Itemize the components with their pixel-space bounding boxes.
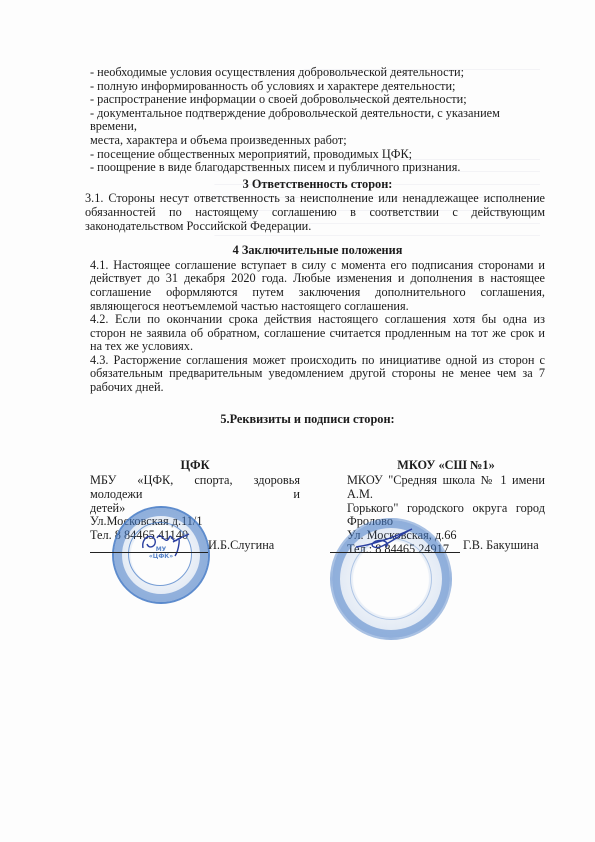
list-item: - посещение общественных мероприятий, пр… — [90, 148, 545, 162]
list-item: - документальное подтверждение доброволь… — [90, 107, 545, 134]
list-item: места, характера и объема произведенных … — [90, 134, 545, 148]
party-right-head: МКОУ «СШ №1» — [347, 459, 545, 473]
list-item: - необходимые условия осуществления добр… — [90, 66, 545, 80]
list-item: - полную информированность об условиях и… — [90, 80, 545, 94]
party-left-head: ЦФК — [90, 459, 300, 473]
party-left-name-line1: МБУ «ЦФК, спорта, здоровья молодежи и — [90, 474, 300, 502]
party-left-name-line2: детей» — [90, 502, 300, 516]
party-right-name-line2: Горького" городского округа город — [347, 502, 545, 516]
section-3-paragraph-1: 3.1. Стороны несут ответственность за не… — [85, 192, 545, 233]
section-4-title: 4 Заключительные положения — [90, 244, 545, 258]
list-item: - поощрение в виде благодарственных писе… — [90, 161, 545, 175]
signatory-left: И.Б.Слугина — [208, 538, 274, 552]
document-page: ________________________________________… — [0, 0, 595, 842]
section-4-paragraph-3: 4.3. Расторжение соглашения может происх… — [90, 354, 545, 395]
document-body: - необходимые условия осуществления добр… — [90, 66, 545, 557]
party-right-name-line1: МКОУ "Средняя школа № 1 имени А.М. — [347, 474, 545, 502]
section-4-paragraph-1: 4.1. Настоящее соглашение вступает в сил… — [90, 259, 545, 313]
signatory-right: Г.В. Бакушина — [463, 538, 539, 552]
signature-line-left: И.Б.Слугина — [90, 538, 274, 553]
rights-list: - необходимые условия осуществления добр… — [90, 66, 545, 175]
signature-line-right: Г.В. Бакушина — [330, 538, 539, 553]
section-5-title: 5.Реквизиты и подписи сторон: — [70, 413, 545, 427]
list-item: - распространение информации о своей доб… — [90, 93, 545, 107]
section-3-title: 3 Ответственность сторон: — [90, 178, 545, 192]
section-4-paragraph-2: 4.2. Если по окончании срока действия на… — [90, 313, 545, 354]
